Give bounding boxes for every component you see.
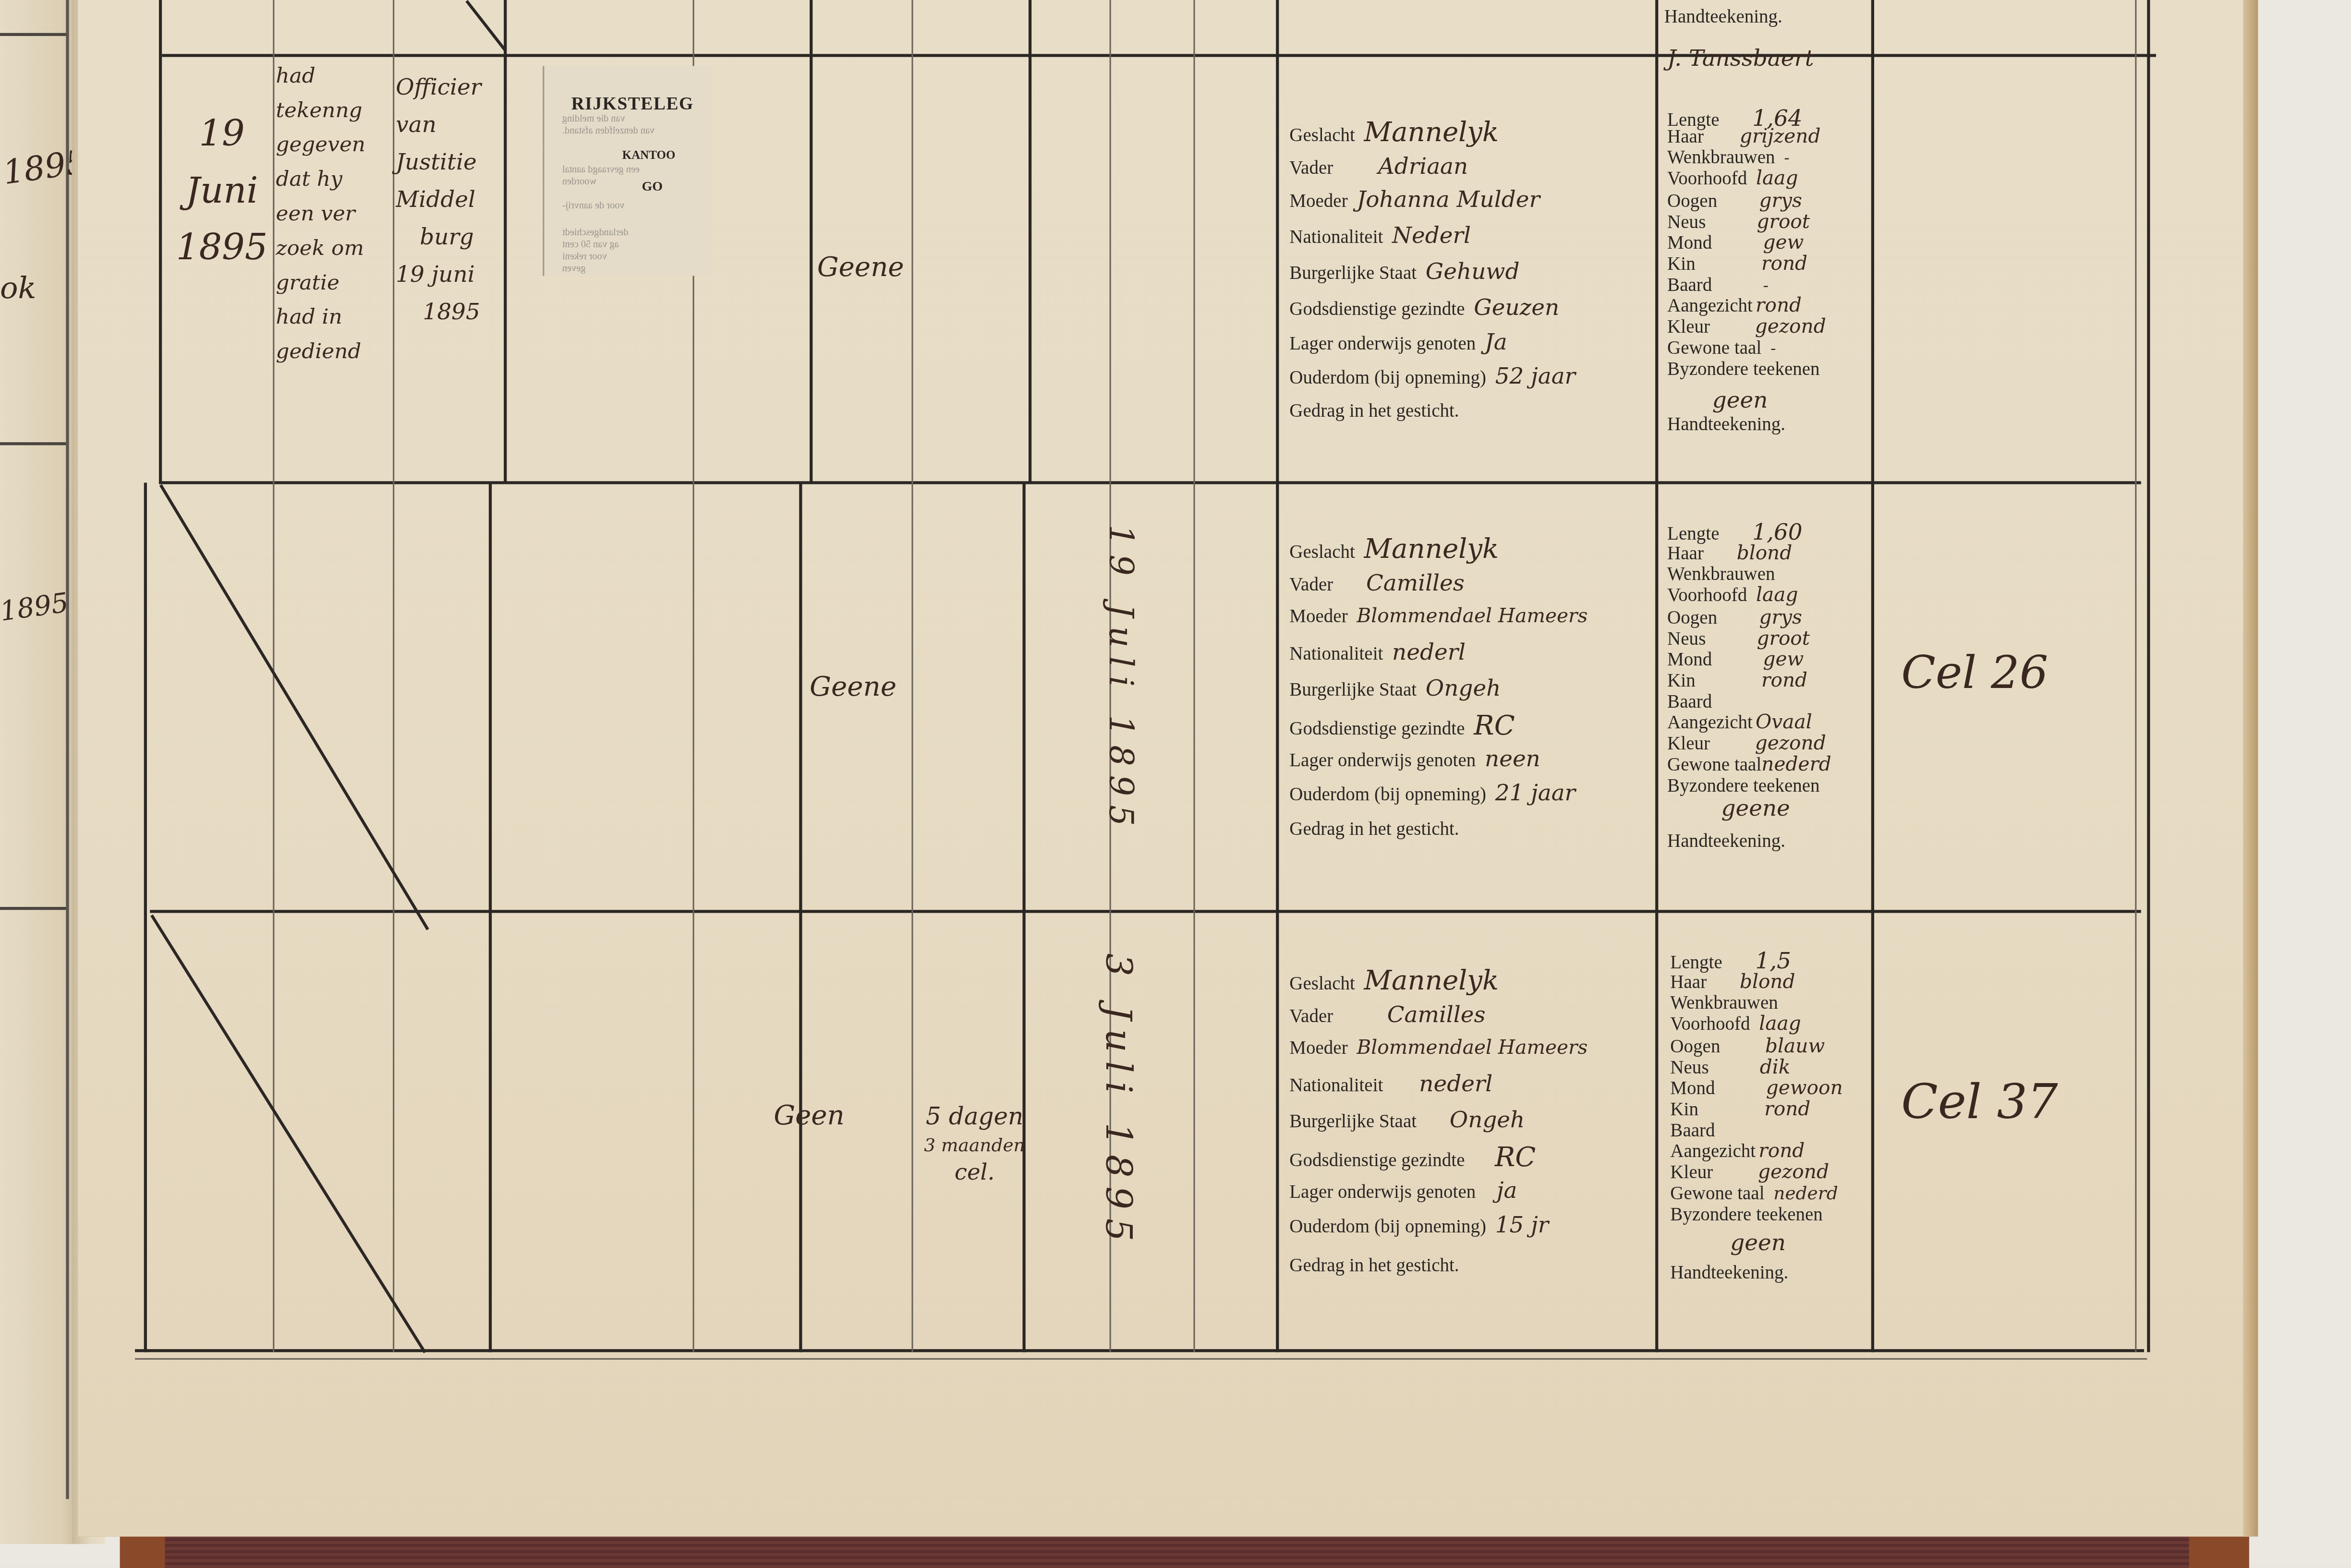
- left-page-border: [66, 0, 69, 1499]
- record-3-identity-left: GeslachtMannelyk VaderCamilles MoederBlo…: [1289, 965, 1649, 1295]
- column-rule: [810, 0, 812, 482]
- record-1-punishments: Geene: [817, 252, 904, 284]
- row-divider: [159, 481, 2141, 484]
- column-rule: [1029, 0, 1031, 482]
- signature-top: J. Tanssbaert: [1667, 45, 1814, 72]
- column-rule: [159, 0, 162, 482]
- column-rule: [1276, 0, 1279, 1352]
- record-1-identity-left: GeslachtMannelyk VaderAdriaan MoederJoha…: [1289, 117, 1649, 447]
- record-2-punishments: Geene: [810, 672, 897, 703]
- left-page-handwriting: 1895: [0, 588, 71, 628]
- record-2-identity-left: GeslachtMannelyk VaderCamilles MoederBlo…: [1289, 534, 1649, 864]
- record-3-identity-right: Lengte1,5 Haarblond Wenkbrauwen Voorhoof…: [1670, 947, 1880, 1337]
- row-divider: [150, 910, 2141, 913]
- sub-column-rule: [1193, 0, 1195, 1352]
- page-edge: [2243, 0, 2258, 1536]
- table-bottom-double-rule: [135, 1358, 2147, 1360]
- handteekening-label-top: Handteekening.: [1664, 6, 1782, 28]
- left-page-rule: [0, 442, 68, 445]
- column-rule: [489, 482, 492, 1352]
- telegraph-stamp: RIJKSTELEG KANTOO GO van die melding van…: [543, 66, 712, 276]
- record-1-date: 19 Juni 1895: [172, 105, 271, 276]
- sub-column-rule: [911, 0, 913, 1352]
- record-1-authority: Officier van Justitie Middel burg 19 jun…: [396, 69, 507, 331]
- record-3-release-date: 3 Juli 1895: [1098, 953, 1139, 1313]
- record-3-punishment-detail: 5 dagen 3 maanden cel.: [915, 1100, 1035, 1187]
- ledger-photo: 1895 ok 1895: [0, 0, 2351, 1567]
- record-2-release-date: 19 Juli 1895: [1101, 525, 1138, 915]
- column-rule: [799, 482, 802, 1352]
- left-page-rule: [0, 907, 68, 910]
- record-1-identity-right: Lengte1,64 Haargrijzend Wenkbrauwen- Voo…: [1667, 105, 1874, 443]
- left-page-handwriting: ok: [0, 270, 36, 306]
- record-1-remark: had tekenng gegeven dat hy een ver zoek …: [276, 60, 396, 370]
- column-rule: [1655, 0, 1658, 1352]
- record-2-cell: Cel 26: [1901, 648, 2048, 700]
- record-3-cell: Cel 37: [1901, 1073, 2058, 1131]
- table-bottom-rule: [135, 1349, 2144, 1352]
- left-page-rule: [0, 33, 68, 36]
- row-divider: [162, 54, 2156, 57]
- record-3-punishments: Geen: [774, 1100, 845, 1132]
- column-rule: [2147, 0, 2150, 1352]
- left-page-fragment: 1895 ok 1895: [0, 0, 78, 1544]
- record-2-identity-right: Lengte1,60 Haarblond Wenkbrauwen Voorhoo…: [1667, 519, 1874, 878]
- sub-column-rule: [2135, 0, 2136, 1352]
- column-rule: [144, 482, 147, 1352]
- column-rule: [1022, 482, 1025, 1352]
